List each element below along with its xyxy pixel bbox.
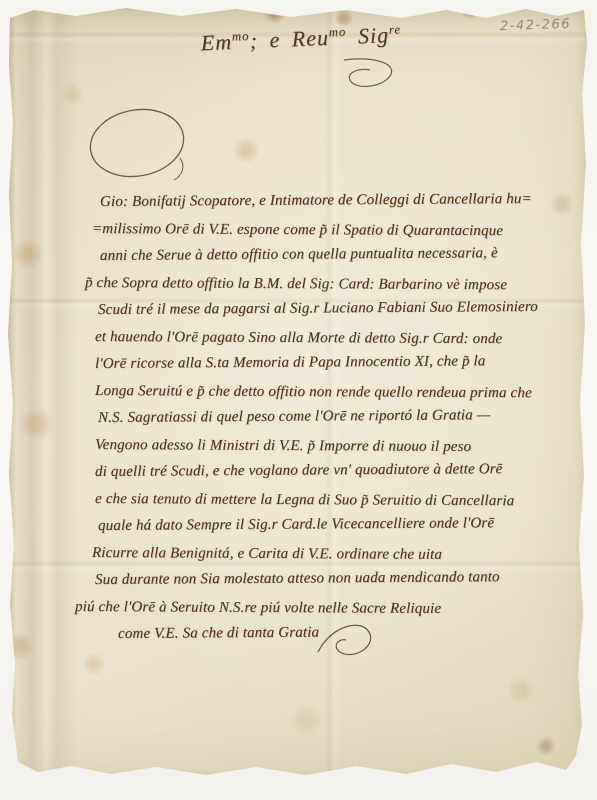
body-line: Longa Seruitú e p̃ che detto offitio non… xyxy=(95,383,532,402)
salutation-flourish xyxy=(336,54,406,94)
end-flourish xyxy=(312,616,392,662)
body-line: Vengono adesso li Ministri di V.E. p̃ Im… xyxy=(95,437,471,455)
scanned-manuscript-letter: 2-42-266 Emmo; e Reumo Sigre Gio: Bonifa… xyxy=(0,0,597,800)
body-line: piú che l'Orē à Seruito N.S.re piú volte… xyxy=(75,599,441,617)
body-line: come V.E. Sa che di tanta Gratia xyxy=(118,625,319,643)
salutation-text: Em xyxy=(200,29,232,55)
archival-number: 2-42-266 xyxy=(500,17,571,34)
body-line: di quelli tré Scudi, e che voglano dare … xyxy=(95,461,503,480)
body-line: anni che Serue à detto offitio con quell… xyxy=(100,245,498,264)
body-line: =milissimo Orē di V.E. espone come p̃ il… xyxy=(92,221,503,240)
body-line: e che sia tenuto di mettere la Legna di … xyxy=(95,491,514,510)
flourish-oval xyxy=(86,104,188,182)
body-line: et hauendo l'Orē pagato Sino alla Morte … xyxy=(95,329,502,348)
body-line: N.S. Sagratiassi di quel peso come l'Orē… xyxy=(98,407,490,426)
salutation-superscript: mo xyxy=(232,29,250,44)
salutation-text: ; e Reu xyxy=(249,25,329,53)
salutation-superscript: mo xyxy=(328,25,346,40)
body-line: Ricurre alla Benignitá, e Carita di V.E.… xyxy=(92,545,442,563)
salutation: Emmo; e Reumo Sigre xyxy=(156,20,447,59)
salutation-text: Sig xyxy=(346,22,390,49)
paper-sheet: 2-42-266 Emmo; e Reumo Sigre Gio: Bonifa… xyxy=(6,4,590,786)
body-line: l'Orē ricorse alla S.ta Memoria di Papa … xyxy=(95,353,486,372)
body-line: p̃ che Sopra detto offitio la B.M. del S… xyxy=(85,275,507,294)
salutation-superscript: re xyxy=(389,22,402,37)
body-line: quale há dato Sempre il Sig.r Card.le Vi… xyxy=(98,515,494,534)
body-line: Scudi tré il mese da pagarsi al Sig.r Lu… xyxy=(98,299,538,319)
body-line: Gio: Bonifatij Scopatore, e Intimatore d… xyxy=(100,191,532,211)
body-line: Sua durante non Sia molestato atteso non… xyxy=(95,569,500,588)
